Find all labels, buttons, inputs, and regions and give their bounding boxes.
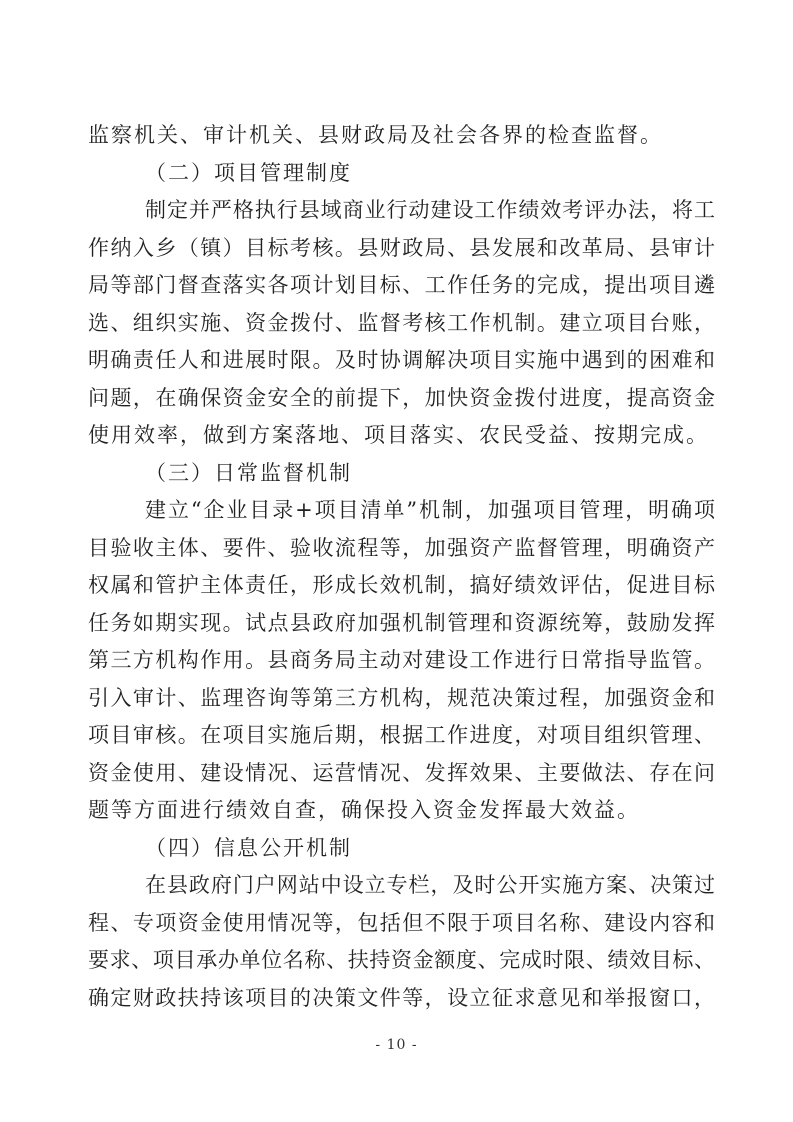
text-line: 要求、项目承办单位名称、扶持资金额度、完成时限、绩效目标、 xyxy=(88,942,715,980)
text-line: 任务如期实现。试点县政府加强机制管理和资源统筹，鼓励发挥 xyxy=(88,605,715,643)
text-line: 局等部门督查落实各项计划目标、工作任务的完成，提出项目遴 xyxy=(88,267,715,305)
text-line: （二）项目管理制度 xyxy=(88,155,715,193)
text-line: 资金使用、建设情况、运营情况、发挥效果、主要做法、存在问 xyxy=(88,755,715,793)
text-line: 问题，在确保资金安全的前提下，加快资金拨付进度，提高资金 xyxy=(88,380,715,418)
text-line: 使用效率，做到方案落地、项目落实、农民受益、按期完成。 xyxy=(88,417,715,455)
text-line: 制定并严格执行县域商业行动建设工作绩效考评办法，将工 xyxy=(88,192,715,230)
text-line: （三）日常监督机制 xyxy=(88,455,715,493)
text-line: 题等方面进行绩效自查，确保投入资金发挥最大效益。 xyxy=(88,792,715,830)
document-page: 监察机关、审计机关、县财政局及社会各界的检查监督。（二）项目管理制度制定并严格执… xyxy=(0,0,793,1122)
text-line: 引入审计、监理咨询等第三方机构，规范决策过程，加强资金和 xyxy=(88,680,715,718)
text-line: 程、专项资金使用情况等，包括但不限于项目名称、建设内容和 xyxy=(88,905,715,943)
text-line: 第三方机构作用。县商务局主动对建设工作进行日常指导监管。 xyxy=(88,642,715,680)
text-line: 监察机关、审计机关、县财政局及社会各界的检查监督。 xyxy=(88,117,715,155)
text-line: 明确责任人和进展时限。及时协调解决项目实施中遇到的困难和 xyxy=(88,342,715,380)
page-number: - 10 - xyxy=(0,1036,793,1054)
text-line: 在县政府门户网站中设立专栏，及时公开实施方案、决策过 xyxy=(88,867,715,905)
document-body: 监察机关、审计机关、县财政局及社会各界的检查监督。（二）项目管理制度制定并严格执… xyxy=(88,117,715,1017)
text-line: 权属和管护主体责任，形成长效机制，搞好绩效评估，促进目标 xyxy=(88,567,715,605)
text-line: 项目审核。在项目实施后期，根据工作进度，对项目组织管理、 xyxy=(88,717,715,755)
text-line: 作纳入乡（镇）目标考核。县财政局、县发展和改革局、县审计 xyxy=(88,230,715,268)
text-line: 确定财政扶持该项目的决策文件等，设立征求意见和举报窗口， xyxy=(88,980,715,1018)
text-line: （四）信息公开机制 xyxy=(88,830,715,868)
text-line: 目验收主体、要件、验收流程等，加强资产监督管理，明确资产 xyxy=(88,530,715,568)
text-line: 建立“企业目录+项目清单”机制，加强项目管理，明确项 xyxy=(88,492,715,530)
text-line: 选、组织实施、资金拨付、监督考核工作机制。建立项目台账， xyxy=(88,305,715,343)
